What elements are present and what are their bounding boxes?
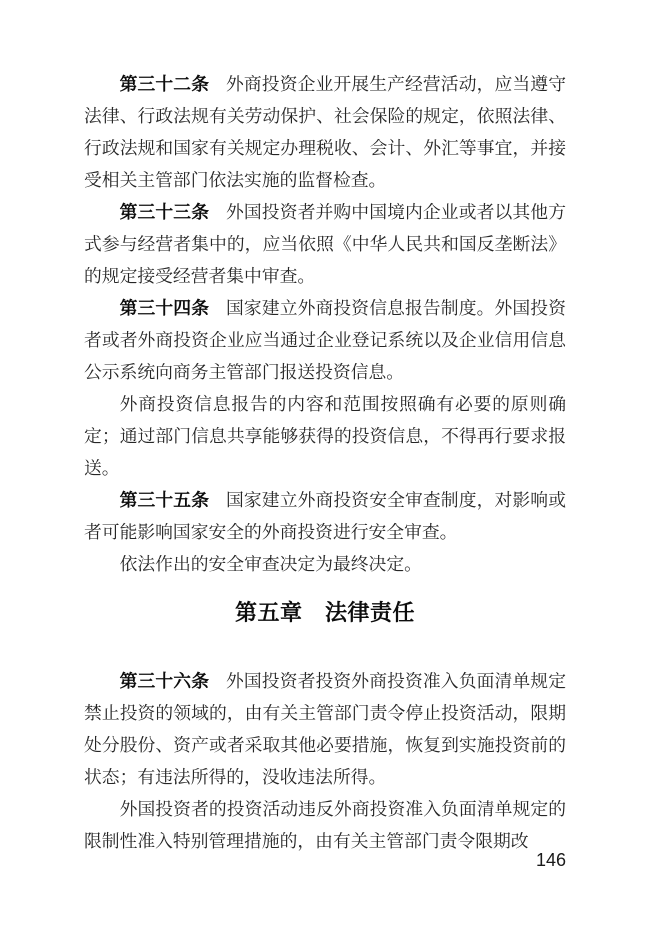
article-paragraph: 第三十四条国家建立外商投资信息报告制度。外国投资者或者外商投资企业应当通过企业登…	[84, 292, 566, 388]
document-page: 第三十二条外商投资企业开展生产经营活动，应当遵守法律、行政法规有关劳动保护、社会…	[0, 0, 650, 942]
page-content: 第三十二条外商投资企业开展生产经营活动，应当遵守法律、行政法规有关劳动保护、社会…	[84, 0, 566, 857]
chapter-heading: 第五章 法律责任	[84, 593, 566, 633]
articles-section-top: 第三十二条外商投资企业开展生产经营活动，应当遵守法律、行政法规有关劳动保护、社会…	[84, 68, 566, 580]
article-number: 第三十二条	[120, 74, 210, 94]
article-paragraph: 第三十五条国家建立外商投资安全审查制度，对影响或者可能影响国家安全的外商投资进行…	[84, 484, 566, 548]
paragraph-text: 外国投资者的投资活动违反外商投资准入负面清单规定的限制性准入特别管理措施的，由有…	[84, 799, 566, 851]
article-number: 第三十三条	[120, 202, 210, 222]
body-paragraph: 外商投资信息报告的内容和范围按照确有必要的原则确定；通过部门信息共享能够获得的投…	[84, 388, 566, 484]
body-paragraph: 依法作出的安全审查决定为最终决定。	[84, 548, 566, 580]
paragraph-text: 外商投资信息报告的内容和范围按照确有必要的原则确定；通过部门信息共享能够获得的投…	[84, 394, 566, 478]
article-paragraph: 第三十二条外商投资企业开展生产经营活动，应当遵守法律、行政法规有关劳动保护、社会…	[84, 68, 566, 196]
paragraph-text: 依法作出的安全审查决定为最终决定。	[120, 554, 422, 574]
article-number: 第三十六条	[120, 671, 210, 691]
article-number: 第三十五条	[120, 490, 210, 510]
page-number: 146	[536, 851, 566, 869]
articles-section-bottom: 第三十六条外国投资者投资外商投资准入负面清单规定禁止投资的领域的，由有关主管部门…	[84, 665, 566, 857]
article-paragraph: 第三十三条外国投资者并购中国境内企业或者以其他方式参与经营者集中的，应当依照《中…	[84, 196, 566, 292]
article-paragraph: 第三十六条外国投资者投资外商投资准入负面清单规定禁止投资的领域的，由有关主管部门…	[84, 665, 566, 793]
article-number: 第三十四条	[120, 298, 210, 318]
body-paragraph: 外国投资者的投资活动违反外商投资准入负面清单规定的限制性准入特别管理措施的，由有…	[84, 793, 566, 857]
